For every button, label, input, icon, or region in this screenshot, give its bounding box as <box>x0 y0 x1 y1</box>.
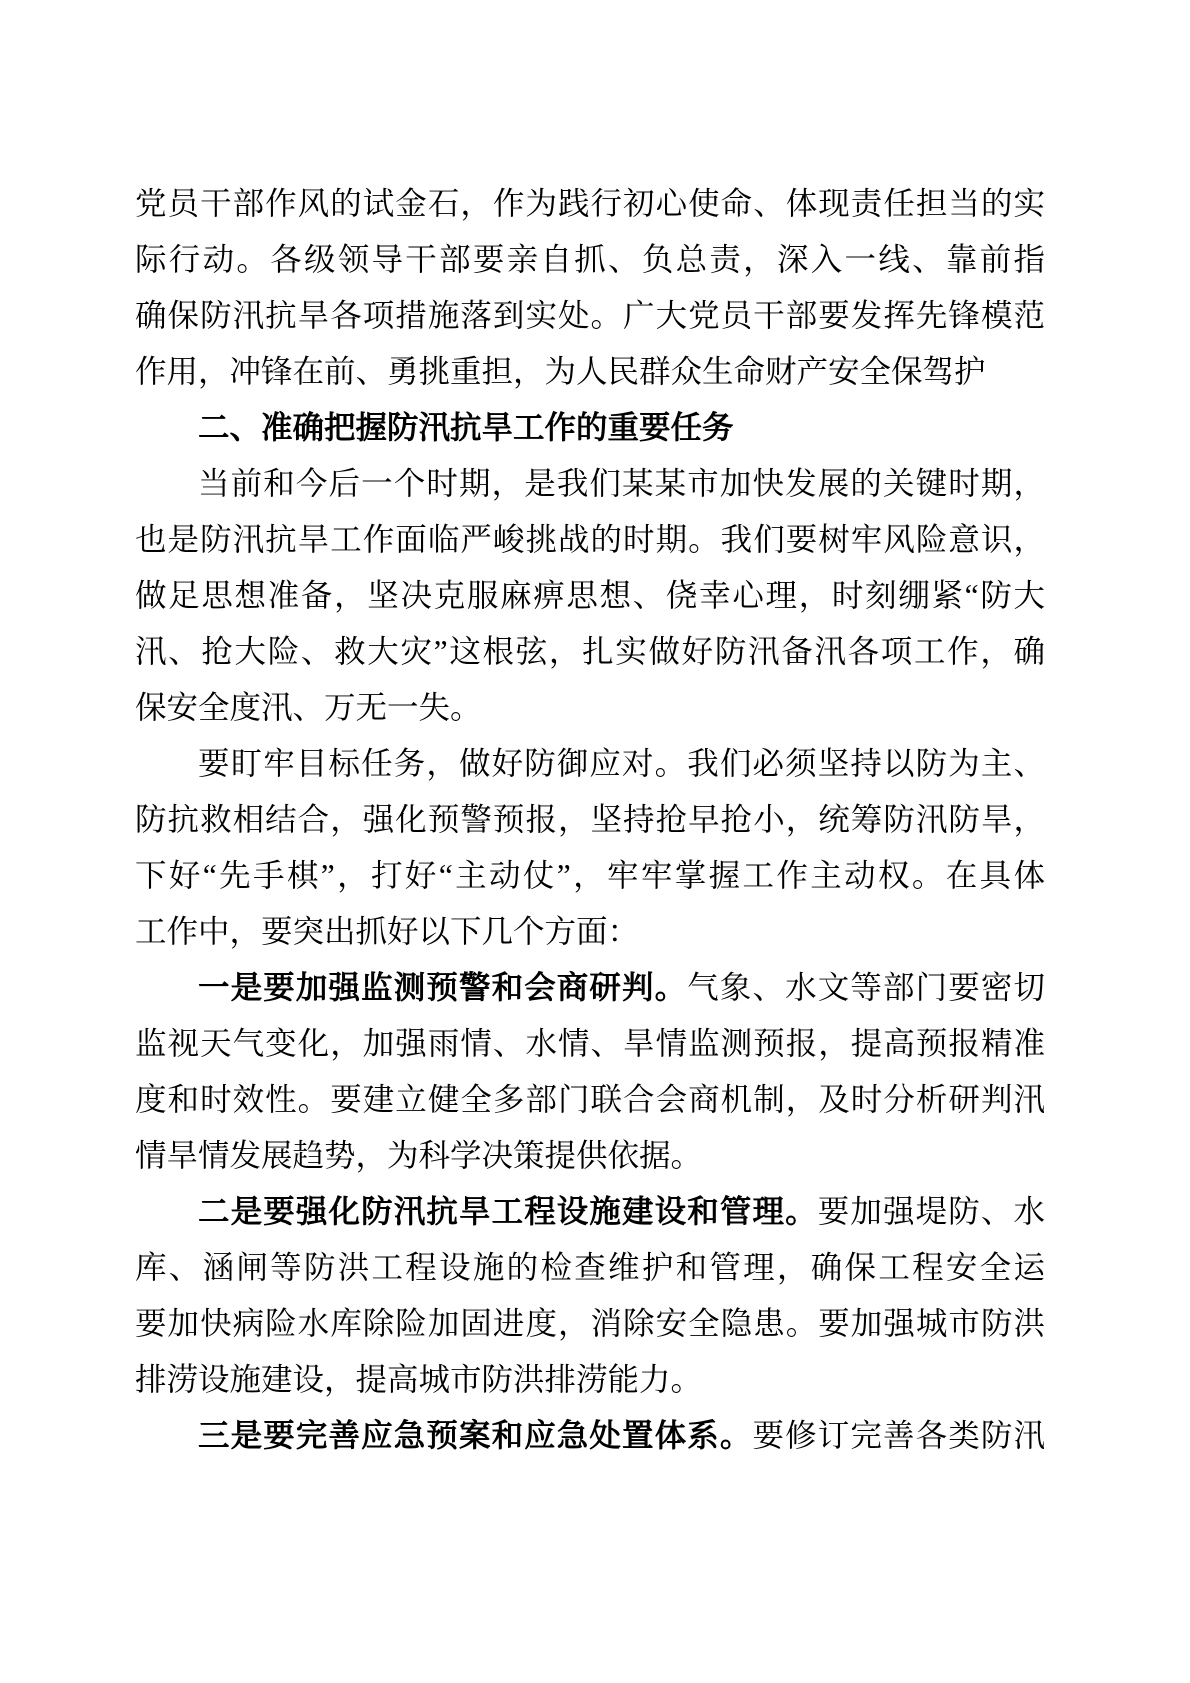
body-text-segment: 确保防汛抗旱各项措施落到实处。广大党员干部要发挥先锋模范 <box>135 298 1045 333</box>
body-text-segment: 气象、水文等部门要密切 <box>687 970 1045 1005</box>
text-line: 确保防汛抗旱各项措施落到实处。广大党员干部要发挥先锋模范 <box>135 288 1045 344</box>
text-line: 防抗救相结合，强化预警预报，坚持抢早抢小，统筹防汛防旱， <box>135 792 1045 848</box>
text-line: 排涝设施建设，提高城市防洪排涝能力。 <box>135 1352 1045 1408</box>
document-page: 党员干部作风的试金石，作为践行初心使命、体现责任担当的实际行动。各级领导干部要亲… <box>0 0 1190 1683</box>
text-line: 工作中，要突出抓好以下几个方面： <box>135 904 1045 960</box>
section-heading-2: 二、准确把握防汛抗旱工作的重要任务 <box>135 400 1045 456</box>
bold-text-segment: 二是要强化防汛抗旱工程设施建设和管理。 <box>198 1194 818 1229</box>
text-line: 当前和今后一个时期，是我们某某市加快发展的关键时期， <box>135 456 1045 512</box>
text-line: 作用，冲锋在前、勇挑重担，为人民群众生命财产安全保驾护航。 <box>135 344 1045 400</box>
body-text-segment: 工作中，要突出抓好以下几个方面： <box>135 914 639 949</box>
body-text-segment: 汛、抢大险、救大灾”这根弦，扎实做好防汛备汛各项工作，确 <box>135 634 1045 669</box>
text-line: 党员干部作风的试金石，作为践行初心使命、体现责任担当的实 <box>135 176 1045 232</box>
body-text-segment: 下好“先手棋”，打好“主动仗”，牢牢掌握工作主动权。在具体 <box>135 858 1045 893</box>
text-line: 汛、抢大险、救大灾”这根弦，扎实做好防汛备汛各项工作，确 <box>135 624 1045 680</box>
text-block: 党员干部作风的试金石，作为践行初心使命、体现责任担当的实际行动。各级领导干部要亲… <box>135 176 1045 1464</box>
text-line: 要加快病险水库除险加固进度，消除安全隐患。要加强城市防洪 <box>135 1296 1045 1352</box>
body-text-segment: 库、涵闸等防洪工程设施的检查维护和管理，确保工程安全运行。 <box>135 1250 1045 1296</box>
body-text-segment: 际行动。各级领导干部要亲自抓、负总责，深入一线、靠前指挥， <box>135 242 1045 288</box>
text-line: 二是要强化防汛抗旱工程设施建设和管理。要加强堤防、水 <box>135 1184 1045 1240</box>
body-text-segment: 当前和今后一个时期，是我们某某市加快发展的关键时期， <box>198 466 1045 501</box>
body-text-segment: 要加强堤防、水 <box>818 1194 1045 1229</box>
body-text-segment: 做足思想准备，坚决克服麻痹思想、侥幸心理，时刻绷紧“防大 <box>135 578 1045 613</box>
text-line: 度和时效性。要建立健全多部门联合会商机制，及时分析研判汛 <box>135 1072 1045 1128</box>
text-line: 库、涵闸等防洪工程设施的检查维护和管理，确保工程安全运行。 <box>135 1240 1045 1296</box>
text-line: 下好“先手棋”，打好“主动仗”，牢牢掌握工作主动权。在具体 <box>135 848 1045 904</box>
bold-text-segment: 三是要完善应急预案和应急处置体系。 <box>198 1418 753 1453</box>
body-text-segment: 要盯牢目标任务，做好防御应对。我们必须坚持以防为主、 <box>198 746 1045 781</box>
text-line: 一是要加强监测预警和会商研判。气象、水文等部门要密切 <box>135 960 1045 1016</box>
body-text-segment: 要修订完善各类防汛 <box>753 1418 1045 1453</box>
body-text-segment: 排涝设施建设，提高城市防洪排涝能力。 <box>135 1362 702 1397</box>
text-line: 也是防汛抗旱工作面临严峻挑战的时期。我们要树牢风险意识， <box>135 512 1045 568</box>
text-line: 际行动。各级领导干部要亲自抓、负总责，深入一线、靠前指挥， <box>135 232 1045 288</box>
body-text-segment: 度和时效性。要建立健全多部门联合会商机制，及时分析研判汛 <box>135 1082 1045 1117</box>
body-text-segment: 作用，冲锋在前、勇挑重担，为人民群众生命财产安全保驾护航。 <box>135 354 986 400</box>
body-text-segment: 要加快病险水库除险加固进度，消除安全隐患。要加强城市防洪 <box>135 1306 1045 1341</box>
body-text-segment: 也是防汛抗旱工作面临严峻挑战的时期。我们要树牢风险意识， <box>135 522 1045 557</box>
text-line: 做足思想准备，坚决克服麻痹思想、侥幸心理，时刻绷紧“防大 <box>135 568 1045 624</box>
text-line: 要盯牢目标任务，做好防御应对。我们必须坚持以防为主、 <box>135 736 1045 792</box>
body-text-segment: 防抗救相结合，强化预警预报，坚持抢早抢小，统筹防汛防旱， <box>135 802 1045 837</box>
text-line: 监视天气变化，加强雨情、水情、旱情监测预报，提高预报精准 <box>135 1016 1045 1072</box>
bold-text-segment: 二、准确把握防汛抗旱工作的重要任务 <box>198 410 734 445</box>
body-text-segment: 保安全度汛、万无一失。 <box>135 690 482 725</box>
body-text-segment: 党员干部作风的试金石，作为践行初心使命、体现责任担当的实 <box>135 186 1045 221</box>
text-line: 情旱情发展趋势，为科学决策提供依据。 <box>135 1128 1045 1184</box>
bold-text-segment: 一是要加强监测预警和会商研判。 <box>198 970 687 1005</box>
body-text-segment: 情旱情发展趋势，为科学决策提供依据。 <box>135 1138 702 1173</box>
text-line: 保安全度汛、万无一失。 <box>135 680 1045 736</box>
body-text-segment: 监视天气变化，加强雨情、水情、旱情监测预报，提高预报精准 <box>135 1026 1045 1061</box>
text-line: 三是要完善应急预案和应急处置体系。要修订完善各类防汛 <box>135 1408 1045 1464</box>
